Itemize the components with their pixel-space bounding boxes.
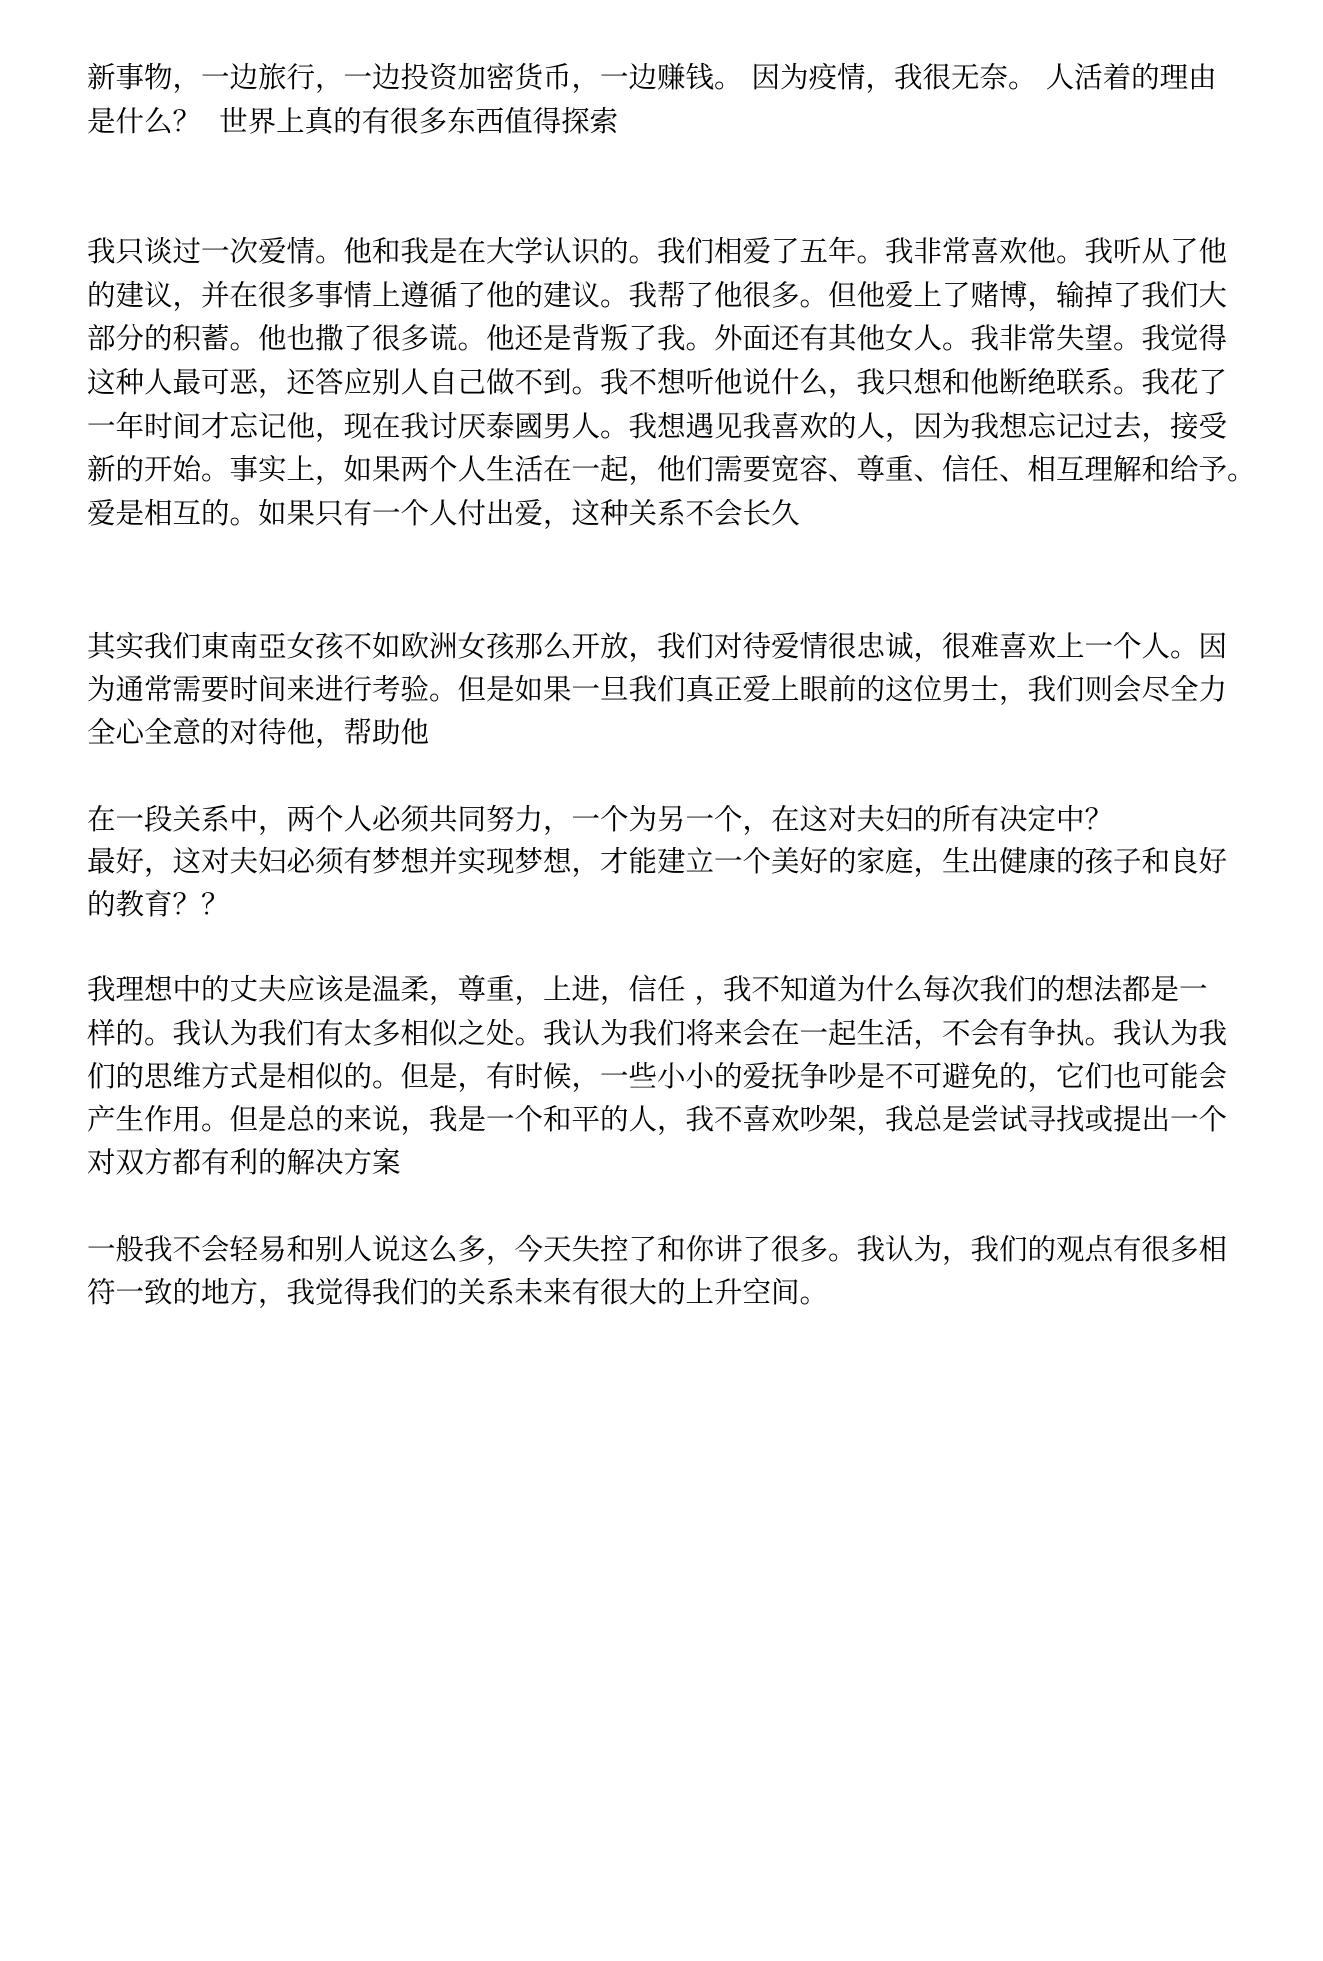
- text-line: 符一致的地方，我觉得我们的关系未来有很大的上升空间。: [87, 1271, 1267, 1315]
- text-line: 样的。我认为我们有太多相似之处。我认为我们将来会在一起生活，不会有争执。我认为我: [87, 1012, 1267, 1056]
- text-line: 们的思维方式是相似的。但是，有时候，一些小小的爱抚争吵是不可避免的，它们也可能会: [87, 1055, 1267, 1099]
- text-line: 一年时间才忘记他，现在我讨厌泰國男人。我想遇见我喜欢的人，因为我想忘记过去，接受: [87, 405, 1267, 449]
- text-line: 全心全意的对待他，帮助他: [87, 711, 1267, 755]
- text-line: 为通常需要时间来进行考验。但是如果一旦我们真正爱上眼前的这位男士，我们则会尽全力: [87, 668, 1267, 712]
- text-line: 新事物，一边旅行，一边投资加密货币，一边赚钱。 因为疫情，我很无奈。 人活着的理…: [87, 56, 1267, 100]
- text-line: 在一段关系中，两个人必须共同努力，一个为另一个，在这对夫妇的所有决定中？: [87, 798, 1267, 842]
- text-line: 的建议，并在很多事情上遵循了他的建议。我帮了他很多。但他爱上了赌博，输掉了我们大: [87, 274, 1267, 318]
- text-line: 其实我们東南亞女孩不如欧洲女孩那么开放，我们对待爱情很忠诚，很难喜欢上一个人。因: [87, 625, 1267, 669]
- text-line: 新的开始。事实上，如果两个人生活在一起，他们需要宽容、尊重、信任、相互理解和给予…: [87, 448, 1267, 492]
- text-line: 这种人最可恶，还答应别人自己做不到。我不想听他说什么，我只想和他断绝联系。我花了: [87, 361, 1267, 405]
- text-line: 是什么？ 世界上真的有很多东西值得探索: [87, 100, 1267, 144]
- text-line: 部分的积蓄。他也撒了很多谎。他还是背叛了我。外面还有其他女人。我非常失望。我觉得: [87, 317, 1267, 361]
- text-line: 最好，这对夫妇必须有梦想并实现梦想，才能建立一个美好的家庭，生出健康的孩子和良好: [87, 840, 1267, 884]
- text-line: 爱是相互的。如果只有一个人付出爱，这种关系不会长久: [87, 492, 1267, 536]
- document-page: 新事物，一边旅行，一边投资加密货币，一边赚钱。 因为疫情，我很无奈。 人活着的理…: [0, 0, 1323, 1961]
- text-line: 我只谈过一次爱情。他和我是在大学认识的。我们相爱了五年。我非常喜欢他。我听从了他: [87, 230, 1267, 274]
- text-line: 一般我不会轻易和别人说这么多，今天失控了和你讲了很多。我认为，我们的观点有很多相: [87, 1228, 1267, 1272]
- text-line: 我理想中的丈夫应该是温柔，尊重，上进，信任 ，我不知道为什么每次我们的想法都是一: [87, 968, 1267, 1012]
- text-line: 对双方都有利的解决方案: [87, 1141, 1267, 1185]
- text-line: 产生作用。但是总的来说，我是一个和平的人，我不喜欢吵架，我总是尝试寻找或提出一个: [87, 1098, 1267, 1142]
- text-line: 的教育？？: [87, 883, 1267, 927]
